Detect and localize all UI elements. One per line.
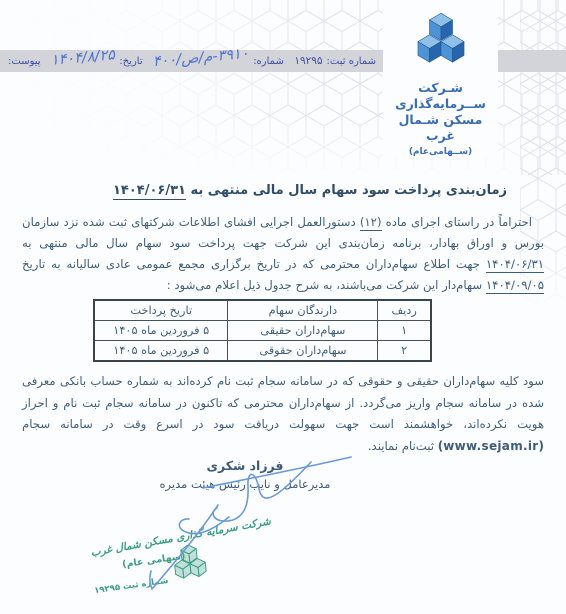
body-paragraph-1: احتراماً در راستای اجرای ماده (۱۲) دستور… (22, 212, 544, 296)
letter-date-handwritten-value: ۱۴۰۴/۸/۲۵ (50, 47, 115, 69)
table-header-row: ردیف دارندگان سهام تاریخ پرداخت (94, 300, 431, 321)
letter-page: شماره ثبت: ۱۹۲۹۵ شماره: ۳۹۱۰-م/ص/۴۰۰ تار… (0, 0, 566, 614)
letter-number-field: شماره: ۳۹۱۰-م/ص/۴۰۰ (153, 53, 284, 69)
payment-date-cell: ۵ فروردین ماه ۱۴۰۵ (94, 341, 228, 362)
registration-number-field: شماره ثبت: ۱۹۲۹۵ (294, 55, 376, 67)
company-name-line1: شـرکت ســرمایه‌گذاری (383, 80, 498, 112)
company-type: (ســهامی‌عام) (383, 147, 498, 157)
letter-title-text: زمان‌بندی پرداخت سود سهام سال مالی منتهی… (191, 183, 507, 198)
company-name-line2: مسکن شـمال غرب (383, 112, 498, 144)
company-letterhead: شـرکت ســرمایه‌گذاری مسکن شـمال غرب (ســ… (383, 0, 498, 158)
p1-assembly-date: ۱۴۰۴/۰۹/۰۵ (486, 278, 544, 294)
attachment-label: پیوست: (8, 56, 41, 67)
table-row: ۲ سهام‌داران حقوقی ۵ فروردین ماه ۱۴۰۵ (94, 341, 431, 362)
payment-date-cell: ۵ فروردین ماه ۱۴۰۵ (94, 321, 228, 341)
registration-number-label: شماره ثبت: (327, 56, 376, 67)
p1-article-number: (۱۲) (360, 215, 382, 231)
letter-title-date: ۱۴۰۴/۰۶/۳۱ (113, 183, 186, 200)
letter-date-label: تاریخ: (119, 56, 142, 67)
row-number-cell: ۱ (378, 321, 431, 341)
p1-text: جهت اطلاع سهام‌داران محترمی که در تاریخ … (22, 257, 486, 271)
p2-text: سود کلیه سهام‌داران حقیقی و حقوقی که در … (22, 374, 544, 431)
stamp-registration-number: شماره ثبت ۱۹۲۹۵ (94, 576, 169, 596)
column-header-payment-date: تاریخ پرداخت (94, 300, 228, 321)
p1-fiscal-year-date: ۱۴۰۴/۰۶/۳۱ (486, 257, 544, 273)
header-band-right-segment (497, 50, 566, 72)
company-stamp: شرکت سرمایه گذاری مسکن شمال غرب (سهامی ع… (90, 505, 275, 613)
p1-text: احتراماً در راستای اجرای ماده (382, 215, 533, 229)
stamp-cubes-icon (164, 539, 217, 590)
shareholder-type-cell: سهام‌داران حقوقی (228, 341, 378, 362)
body-paragraph-2: سود کلیه سهام‌داران حقیقی و حقوقی که در … (22, 371, 544, 457)
letter-title: زمان‌بندی پرداخت سود سهام سال مالی منتهی… (60, 183, 560, 198)
header-band: شماره ثبت: ۱۹۲۹۵ شماره: ۳۹۱۰-م/ص/۴۰۰ تار… (0, 50, 384, 72)
p2-text: ثبت‌نام نمایند. (368, 439, 438, 453)
company-name: شـرکت ســرمایه‌گذاری مسکن شـمال غرب (383, 80, 498, 144)
shareholder-type-cell: سهام‌داران حقیقی (228, 321, 378, 341)
letter-number-handwritten-value: ۳۹۱۰-م/ص/۴۰۰ (152, 46, 249, 70)
signature-block: فرزاد شکری مدیرعامل و نایب رئیس هیئت مدی… (130, 458, 360, 491)
column-header-row-number: ردیف (378, 300, 431, 321)
row-number-cell: ۲ (378, 341, 431, 362)
company-logo-cubes-icon (405, 6, 477, 78)
p1-text: سهام‌دار این شرکت می‌باشند، به شرح جدول … (167, 278, 486, 292)
table-row: ۱ سهام‌داران حقیقی ۵ فروردین ماه ۱۴۰۵ (94, 321, 431, 341)
signatory-name: فرزاد شکری (130, 458, 360, 473)
registration-number-value: ۱۹۲۹۵ (294, 55, 322, 67)
letter-date-field: تاریخ: ۱۴۰۴/۸/۲۵ (51, 53, 143, 69)
letter-number-label: شماره: (253, 56, 284, 67)
sejam-url: (www.sejam.ir) (438, 439, 544, 453)
payment-schedule-table: ردیف دارندگان سهام تاریخ پرداخت ۱ سهام‌د… (93, 299, 432, 362)
column-header-shareholders: دارندگان سهام (228, 300, 378, 321)
signatory-role: مدیرعامل و نایب رئیس هیئت مدیره (130, 477, 360, 491)
